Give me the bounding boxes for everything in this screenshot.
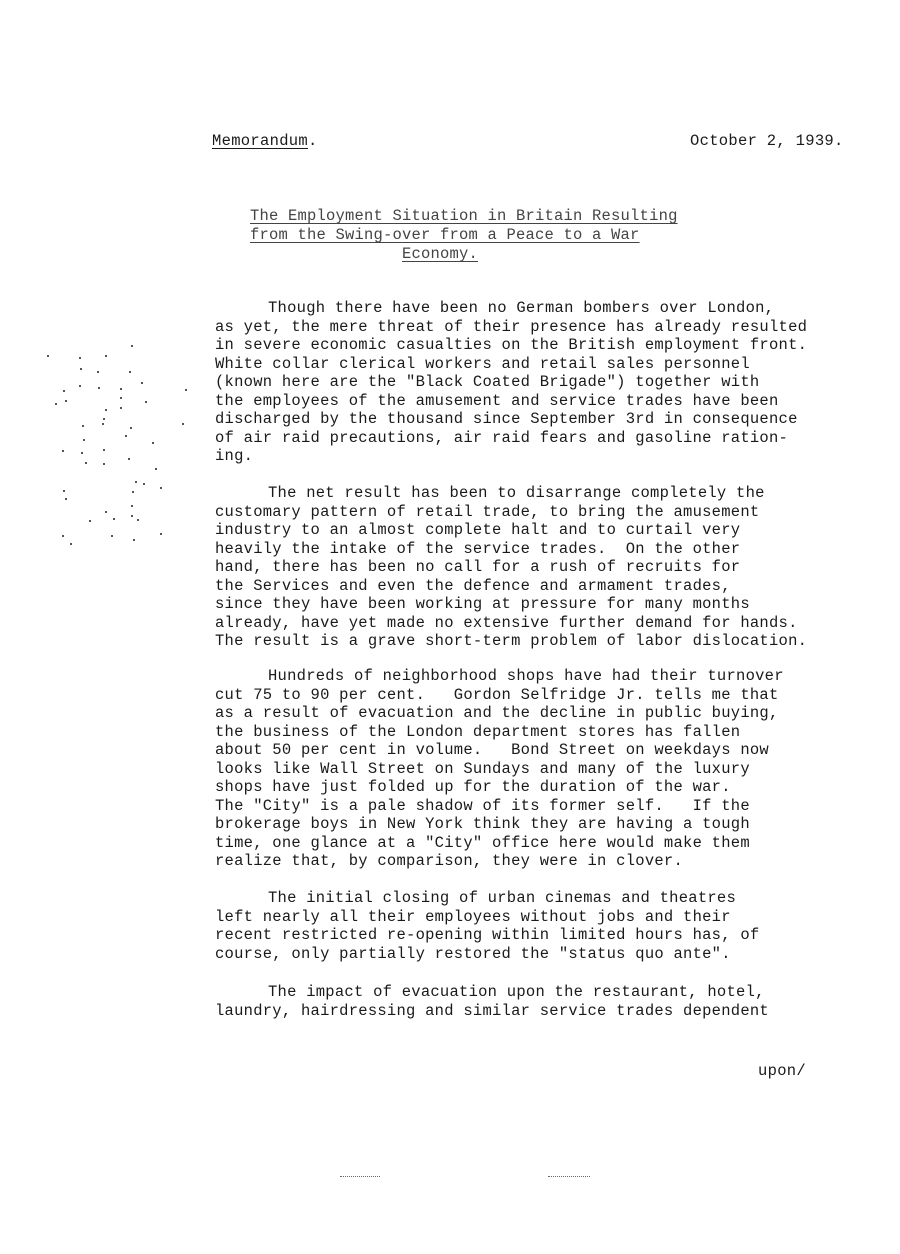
memorandum-page: Memorandum. October 2, 1939. The Employm… <box>0 0 900 1254</box>
text-line: the business of the London department st… <box>215 723 895 742</box>
text-line: Though there have been no German bombers… <box>215 299 895 318</box>
text-line: recent restricted re-opening within limi… <box>215 926 895 945</box>
text-line: customary pattern of retail trade, to br… <box>215 503 895 522</box>
paragraph-4: The initial closing of urban cinemas and… <box>215 889 895 963</box>
continuation-catchword: upon/ <box>758 1062 806 1080</box>
text-line: already, have yet made no extensive furt… <box>215 614 895 633</box>
text-line: the Services and even the defence and ar… <box>215 577 895 596</box>
memo-label: Memorandum <box>212 132 308 150</box>
text-line: The initial closing of urban cinemas and… <box>215 889 895 908</box>
title-line-text: from the Swing-over from a Peace to a Wa… <box>250 226 640 244</box>
text-line: about 50 per cent in volume. Bond Street… <box>215 741 895 760</box>
text-line: looks like Wall Street on Sundays and ma… <box>215 760 895 779</box>
text-line: (known here are the "Black Coated Brigad… <box>215 373 895 392</box>
text-line: The "City" is a pale shadow of its forme… <box>215 797 895 816</box>
footer-scan-mark <box>340 1176 380 1180</box>
margin-bleed-marks <box>45 335 205 560</box>
footer-scan-mark <box>548 1176 590 1180</box>
text-line: time, one glance at a "City" office here… <box>215 834 895 853</box>
text-line: realize that, by comparison, they were i… <box>215 852 895 871</box>
text-line: left nearly all their employees without … <box>215 908 895 927</box>
text-line: since they have been working at pressure… <box>215 595 895 614</box>
text-line: laundry, hairdressing and similar servic… <box>215 1002 895 1021</box>
title-line: from the Swing-over from a Peace to a Wa… <box>250 226 860 245</box>
memo-label-period: . <box>308 132 318 150</box>
text-line: cut 75 to 90 per cent. Gordon Selfridge … <box>215 686 895 705</box>
text-line: The impact of evacuation upon the restau… <box>215 983 895 1002</box>
text-line: as yet, the mere threat of their presenc… <box>215 318 895 337</box>
title-line-text: Economy. <box>402 245 478 263</box>
text-line: of air raid precautions, air raid fears … <box>215 429 895 448</box>
text-line: brokerage boys in New York think they ar… <box>215 815 895 834</box>
text-line: industry to an almost complete halt and … <box>215 521 895 540</box>
text-line: ing. <box>215 447 895 466</box>
text-line: shops have just folded up for the durati… <box>215 778 895 797</box>
text-line: Hundreds of neighborhood shops have had … <box>215 667 895 686</box>
title-line-text: The Employment Situation in Britain Resu… <box>250 207 678 225</box>
text-line: White collar clerical workers and retail… <box>215 355 895 374</box>
text-line: heavily the intake of the service trades… <box>215 540 895 559</box>
paragraph-2: The net result has been to disarrange co… <box>215 484 895 651</box>
text-line: The result is a grave short-term problem… <box>215 632 895 651</box>
paragraph-1: Though there have been no German bombers… <box>215 299 895 466</box>
text-line: hand, there has been no call for a rush … <box>215 558 895 577</box>
text-line: The net result has been to disarrange co… <box>215 484 895 503</box>
memo-title: The Employment Situation in Britain Resu… <box>250 207 860 264</box>
text-line: course, only partially restored the "sta… <box>215 945 895 964</box>
memo-date: October 2, 1939. <box>690 132 844 150</box>
title-line: Economy. <box>250 245 860 264</box>
memo-heading: Memorandum. <box>212 132 318 150</box>
text-line: in severe economic casualties on the Bri… <box>215 336 895 355</box>
text-line: the employees of the amusement and servi… <box>215 392 895 411</box>
paragraph-5: The impact of evacuation upon the restau… <box>215 983 895 1020</box>
text-line: discharged by the thousand since Septemb… <box>215 410 895 429</box>
title-line: The Employment Situation in Britain Resu… <box>250 207 860 226</box>
paragraph-3: Hundreds of neighborhood shops have had … <box>215 667 895 871</box>
text-line: as a result of evacuation and the declin… <box>215 704 895 723</box>
